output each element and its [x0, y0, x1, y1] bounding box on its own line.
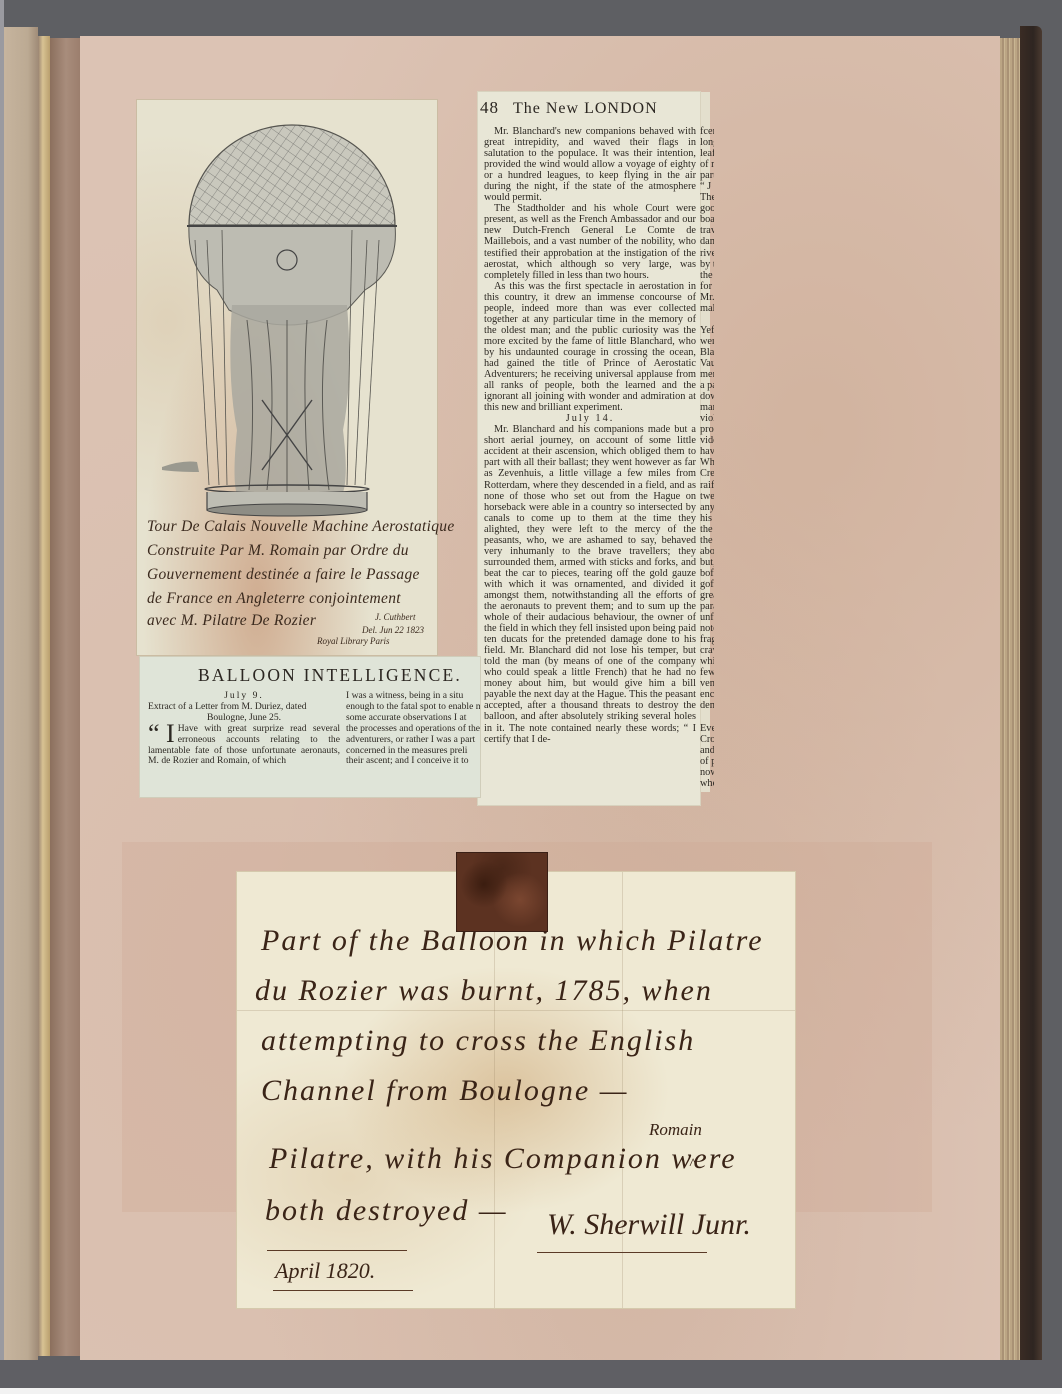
cut-column-fragment: now — [700, 767, 714, 778]
cut-column-fragment: the ti — [700, 535, 714, 546]
note-line: du Rozier was burnt, 1785, when — [255, 974, 713, 1008]
cut-column-fragment: but, w — [700, 557, 714, 568]
balloon-fabric-swatch — [457, 853, 547, 931]
cut-column-fragment: violin — [700, 413, 714, 424]
cut-column-fragment: his pa — [700, 513, 714, 524]
leather-cover — [1020, 26, 1042, 1366]
cut-column-fragment: promi — [700, 424, 714, 435]
cut-column-fragment: good — [700, 203, 714, 214]
cut-column-fragment: and to — [700, 745, 714, 756]
cut-column-fragment: bofom — [700, 568, 714, 579]
cut-column-fragment: Eve — [700, 723, 714, 734]
drawing-credit: Del. Jun 22 1823 — [362, 625, 424, 635]
cut-column-fragment: rived — [700, 248, 714, 259]
cut-column-fragment: the co — [700, 524, 714, 535]
balloon-drawing-clipping: Tour De Calais Nouvelle Machine Aerostat… — [137, 100, 437, 655]
drawing-caption-line: de France en Angleterre conjointement — [147, 590, 401, 608]
intelligence-line: the processes and operations of the — [346, 724, 480, 735]
cut-column-fragment: “ J — [700, 181, 714, 192]
cut-column-fragment: a para — [700, 380, 714, 391]
cut-column-fragment: have — [700, 446, 714, 457]
caret-mark: ^ — [689, 1156, 696, 1174]
cut-column-fragment: Vauxh — [700, 358, 714, 369]
intelligence-line: their ascent; and I conceive it to — [346, 756, 480, 767]
cut-column-fragment: enclof — [700, 689, 714, 700]
left-page-edge — [4, 27, 38, 1362]
fold-line — [237, 1010, 795, 1011]
handwritten-note: Part of the Balloon in which Pilatre du … — [237, 872, 795, 1308]
spine-strip — [38, 36, 50, 1356]
intelligence-body: Have with great surprize read several er… — [148, 723, 340, 767]
cut-column-fragment: Blancl — [700, 347, 714, 358]
drawing-caption-line: avec M. Pilatre De Rozier — [147, 612, 316, 630]
balloon-intelligence-clipping: BALLOON INTELLIGENCE. July 9. Extract of… — [140, 657, 480, 797]
cut-column-fragment: few n — [700, 667, 714, 678]
cut-column-fragment: make — [700, 303, 714, 314]
cut-column-fragment: leaft h — [700, 148, 714, 159]
note-line: Channel from Boulogne — — [261, 1074, 628, 1108]
cut-column-fragment: about — [700, 546, 714, 557]
cut-column-fragment: Crofb — [700, 734, 714, 745]
cut-column-fragment: note h — [700, 623, 714, 634]
note-date: April 1820. — [275, 1258, 375, 1284]
news-dateline: July 14. — [484, 413, 696, 424]
cut-column-fragment: longin — [700, 137, 714, 148]
cut-column-fragment: manif — [700, 402, 714, 413]
drawing-caption-line: Gouvernement destinée a faire le Passage — [147, 566, 420, 584]
cut-column-fragment: raifed — [700, 480, 714, 491]
cut-column-fragment: were — [700, 336, 714, 347]
note-insertion: Romain — [649, 1120, 702, 1140]
cut-column-fragment: damag — [700, 236, 714, 247]
drawing-caption-line: Construite Par M. Romain par Ordre du — [147, 542, 409, 560]
rule-line — [267, 1250, 407, 1251]
intelligence-column-2: I was a witness, being in a situ enough … — [346, 691, 480, 767]
page-hinge — [50, 38, 82, 1356]
newspaper-cut-column: fcendelonginleaft hof mepartly“ JThegood… — [700, 126, 714, 786]
note-line: both destroyed — — [265, 1194, 508, 1228]
cut-column-fragment: ment — [700, 369, 714, 380]
cut-column-fragment: Creme — [700, 468, 714, 479]
news-paragraph: Mr. Blanchard's new companions behaved w… — [484, 126, 696, 203]
page-number: 48 — [480, 98, 499, 117]
cut-column-fragment: The — [700, 192, 714, 203]
cut-column-fragment: of pe — [700, 756, 714, 767]
cut-column-fragment: venge — [700, 678, 714, 689]
rule-line — [273, 1290, 413, 1291]
drawing-credit: J. Cuthbert — [375, 612, 416, 622]
cut-column-fragment: greate — [700, 590, 714, 601]
drawing-caption-line: Tour De Calais Nouvelle Machine Aerostat… — [147, 518, 455, 536]
note-line: attempting to cross the English — [261, 1024, 695, 1058]
cut-column-fragment: the pe — [700, 270, 714, 281]
news-paragraph: As this was the first spectacle in aeros… — [484, 281, 696, 414]
cut-column-fragment: for pa — [700, 281, 714, 292]
cut-column-fragment: boat v — [700, 214, 714, 225]
intelligence-title: BALLOON INTELLIGENCE. — [198, 665, 462, 686]
fore-edge — [1000, 38, 1022, 1363]
cut-column-fragment: where — [700, 778, 714, 786]
cut-column-fragment: unfort — [700, 612, 714, 623]
bottom-strip — [0, 1388, 1062, 1394]
cut-column-fragment: Yeft — [700, 325, 714, 336]
cut-column-fragment — [700, 314, 714, 325]
cut-column-fragment: fcende — [700, 126, 714, 137]
news-paragraph: Mr. Blanchard and his companions made bu… — [484, 424, 696, 744]
intelligence-line: adventurers, or rather I was a part — [346, 735, 480, 746]
signature-flourish — [537, 1252, 707, 1253]
cut-column-fragment: travell — [700, 225, 714, 236]
newspaper-header: 48The New LONDON — [480, 98, 740, 118]
cut-column-fragment: twent — [700, 491, 714, 502]
cut-column-fragment: any gr — [700, 502, 714, 513]
signature: W. Sherwill Junr. — [547, 1208, 751, 1242]
intelligence-column-1: July 9. Extract of a Letter from M. Duri… — [148, 691, 340, 767]
cut-column-fragment: crawl — [700, 645, 714, 656]
cut-column-fragment: whilft — [700, 656, 714, 667]
cut-column-fragment — [700, 711, 714, 722]
cut-column-fragment: Mr. — [700, 292, 714, 303]
cut-column-fragment: When — [700, 457, 714, 468]
cut-column-fragment: goffam — [700, 579, 714, 590]
cut-column-fragment: demo — [700, 700, 714, 711]
cut-column-fragment: partly — [700, 170, 714, 181]
news-paragraph: The Stadtholder and his whole Court were… — [484, 203, 696, 280]
drawing-credit: Royal Library Paris — [317, 636, 390, 646]
cut-column-fragment: vided — [700, 435, 714, 446]
cut-column-fragment: paracl — [700, 601, 714, 612]
note-line: Pilatre, with his Companion were — [269, 1142, 737, 1176]
cut-column-fragment: fragm — [700, 634, 714, 645]
dropcap: “ I — [148, 724, 175, 744]
newspaper-title: The New LONDON — [513, 100, 658, 117]
cut-column-fragment: by the — [700, 259, 714, 270]
cut-column-fragment: down — [700, 391, 714, 402]
newspaper-body: Mr. Blanchard's new companions behaved w… — [484, 126, 696, 745]
cut-column-fragment: of me — [700, 159, 714, 170]
newspaper-clipping: 48The New LONDON Mr. Blanchard's new com… — [478, 92, 700, 805]
